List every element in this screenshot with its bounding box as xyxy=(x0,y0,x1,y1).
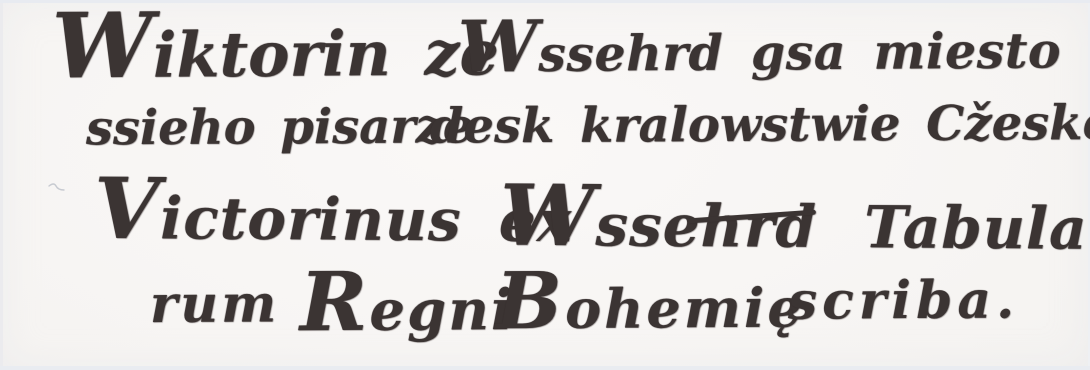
latin-line-2-word-scriba: scriba. xyxy=(788,270,1020,332)
czech-line-2-part-1: ssieho pisarze xyxy=(86,98,474,156)
czech-line-2-part-2: desk kralowstwie Cžeskeho. xyxy=(430,95,1090,155)
latin-line-2: rum Regni Bohemię scriba. xyxy=(0,269,1090,370)
czech-line-1: Wiktorin ze Wssehrd gsa miesto naywys, xyxy=(0,6,1090,109)
manuscript-scan: Wiktorin ze Wssehrd gsa miesto naywys, s… xyxy=(0,0,1090,370)
latin-line-1-title: Wssehrd Tabula xyxy=(500,184,1088,263)
czech-line-1-title: Wssehrd gsa miesto naywys, xyxy=(458,15,1090,84)
latin-line-2-word-bohemie: Bohemię xyxy=(496,271,805,342)
stray-pen-mark xyxy=(46,180,70,198)
latin-line-2-word-regni: Regni xyxy=(300,272,515,344)
latin-line-2-word-rum: rum xyxy=(150,273,280,335)
czech-line-1-name: Wiktorin ze xyxy=(52,10,500,92)
